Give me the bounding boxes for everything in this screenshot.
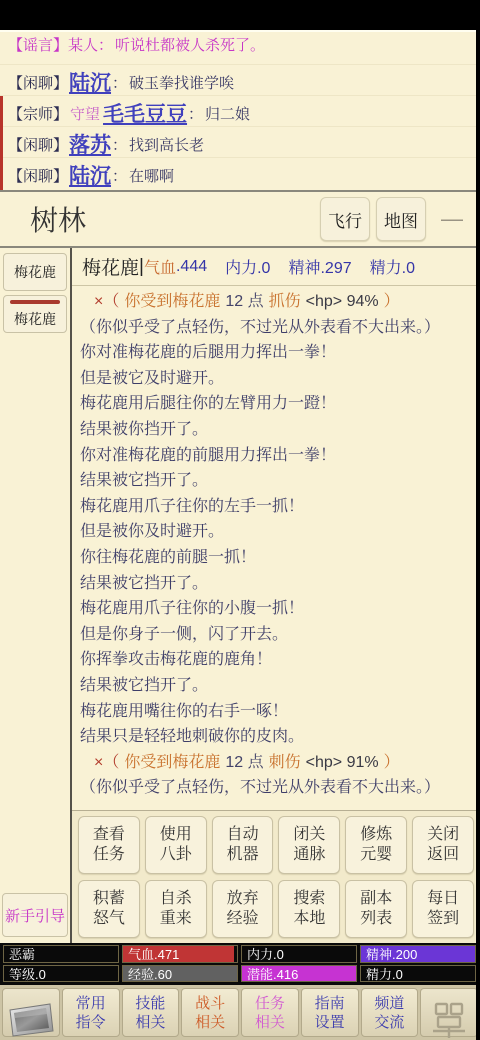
action-grid: 查看 任务 使用 八卦 自动 机器 闭关 通脉 修炼 元婴 关闭 返回 积蓄 怒…: [72, 810, 480, 943]
abandon-exp-button[interactable]: 放弃 经验: [212, 880, 274, 938]
system-status-bar: [0, 0, 480, 32]
game-screen: 【谣言】 某人 ： 听说杜都被人杀死了。 【闲聊】 陆沉 ： 破玉拳找谁学唉 【…: [0, 0, 480, 1040]
player-status-panel: 恶霸 气血.471 内力.0 精神.200 等级.0 经验.60 潜能.416 …: [0, 943, 480, 985]
target-button-1[interactable]: 梅花鹿: [3, 253, 67, 291]
speaker-name-link[interactable]: 陆沉: [69, 160, 111, 189]
nav-tasks[interactable]: 任务 相关: [241, 988, 299, 1037]
log-line: 结果被它挡开了。: [80, 468, 476, 494]
log-line: 梅花鹿用爪子往你的左手一抓！: [80, 494, 476, 520]
damage-received-line: ×（你受到梅花鹿12 点抓伤<hp> 94%）: [80, 289, 476, 315]
mob-name: 梅花鹿: [82, 253, 139, 280]
exp-value: 经验.60: [123, 965, 172, 983]
speaker-name-link[interactable]: 毛毛豆豆: [103, 98, 187, 127]
mob-hp-value: .444: [176, 258, 207, 276]
target-sidebar: 梅花鹿 梅花鹿 新手引导: [0, 248, 72, 943]
chat-text: 找到高长老: [129, 134, 204, 155]
mob-hp-label: 气血: [144, 255, 176, 278]
cultivate-yuanying-button[interactable]: 修炼 元婴: [345, 816, 407, 874]
chat-message: 【闲聊】 陆沉 ： 在哪啊: [0, 158, 480, 189]
combat-content: 梅花鹿|气血.444 内力.0 精神.297 精力.0 ×（你受到梅花鹿12 点…: [72, 248, 480, 943]
separator: ：: [112, 165, 127, 186]
chat-text: 在哪啊: [129, 165, 174, 186]
spirit-bar-cell: 精神.200: [360, 945, 476, 963]
damage-points: 12 点: [225, 293, 263, 310]
damage-source: 你受到梅花鹿: [124, 754, 220, 771]
log-line: 梅花鹿用后腿往你的左臂用力一蹬！: [80, 391, 476, 417]
log-line: 结果被它挡开了。: [80, 571, 476, 597]
damage-mark: ×（: [94, 293, 119, 310]
newbie-guide-button[interactable]: 新手引导: [2, 893, 68, 937]
log-line: 你挥拳攻击梅花鹿的鹿角！: [80, 647, 476, 673]
separator: ：: [188, 103, 203, 124]
damage-kind: 刺伤: [269, 754, 301, 771]
channel-tag: 【闲聊】: [8, 134, 68, 155]
damage-points: 12 点: [225, 754, 263, 771]
seal-button[interactable]: [420, 988, 478, 1037]
auto-machine-button[interactable]: 自动 机器: [212, 816, 274, 874]
log-line: 你对准梅花鹿的后腿用力挥出一拳！: [80, 340, 476, 366]
log-line: 但是被你及时避开。: [80, 519, 476, 545]
close-return-button[interactable]: 关闭 返回: [412, 816, 474, 874]
spirit-value: 精神.200: [361, 945, 417, 963]
seal-icon: [429, 981, 469, 1040]
fly-button[interactable]: 飞行: [320, 197, 370, 241]
damage-hp-percent: <hp> 91%: [306, 754, 379, 771]
daily-signin-button[interactable]: 每日 签到: [412, 880, 474, 938]
damage-mark: ×（: [94, 754, 119, 771]
chat-text: 归二娘: [205, 103, 250, 124]
target-label: 梅花鹿: [14, 262, 56, 282]
separator: ：: [112, 72, 127, 93]
store-rage-button[interactable]: 积蓄 怒气: [78, 880, 140, 938]
channel-tag: 【闲聊】: [8, 165, 68, 186]
search-local-button[interactable]: 搜索 本地: [278, 880, 340, 938]
speaker-title: 守望: [70, 103, 100, 124]
energy-cell: 精力.0: [360, 965, 476, 983]
combat-log[interactable]: ×（你受到梅花鹿12 点抓伤<hp> 94%） （你似乎受了点轻伤，不过光从外表…: [72, 286, 480, 810]
sidebar-spacer: [2, 335, 68, 893]
chat-scroll-indicator: [0, 96, 3, 190]
chat-message-rumor: 【谣言】 某人 ： 听说杜都被人杀死了。: [0, 34, 480, 65]
damage-hp-percent: <hp> 94%: [306, 293, 379, 310]
chat-message: 【闲聊】 落苏 ： 找到高长老: [0, 127, 480, 158]
minimize-button[interactable]: —: [432, 206, 472, 232]
chat-panel[interactable]: 【谣言】 某人 ： 听说杜都被人杀死了。 【闲聊】 陆沉 ： 破玉拳找谁学唉 【…: [0, 32, 480, 190]
channel-tag: 【宗师】: [8, 103, 68, 124]
use-bagua-button[interactable]: 使用 八卦: [145, 816, 207, 874]
map-button[interactable]: 地图: [376, 197, 426, 241]
room-title: 树林: [30, 199, 86, 239]
hp-value: 气血.471: [123, 945, 179, 963]
wound-note-line: （你似乎受了点轻伤，不过光从外表看不大出来。）: [80, 315, 476, 341]
target-hp-bar: [10, 300, 60, 304]
target-button-2[interactable]: 梅花鹿: [3, 295, 67, 333]
wound-note-line: （你似乎受了点轻伤，不过光从外表看不大出来。）: [80, 775, 476, 801]
energy-value: 精力.0: [361, 965, 403, 983]
mp-bar-cell: 内力.0: [241, 945, 357, 963]
channel-tag: 【闲聊】: [8, 72, 68, 93]
separator: ：: [112, 134, 127, 155]
log-line: 结果被你挡开了。: [80, 417, 476, 443]
chat-message: 【宗师】 守望 毛毛豆豆 ： 归二娘: [0, 96, 480, 127]
log-line: 结果被它挡开了。: [80, 673, 476, 699]
dungeon-list-button[interactable]: 副本 列表: [345, 880, 407, 938]
nav-common-commands[interactable]: 常用 指令: [62, 988, 120, 1037]
suicide-restart-button[interactable]: 自杀 重来: [145, 880, 207, 938]
log-line: 你往梅花鹿的前腿一抓！: [80, 545, 476, 571]
damage-close: ）: [384, 293, 400, 310]
log-line: 梅花鹿用爪子往你的小腹一抓！: [80, 596, 476, 622]
chat-text: 破玉拳找谁学唉: [129, 72, 234, 93]
player-title-cell: 恶霸: [3, 945, 119, 963]
screen-right-border: [476, 0, 480, 1040]
speaker-name-link[interactable]: 落苏: [69, 129, 111, 158]
player-title: 恶霸: [4, 945, 35, 963]
level-cell: 等级.0: [3, 965, 119, 983]
log-line: 但是你身子一侧，闪了开去。: [80, 622, 476, 648]
exp-bar-cell: 经验.60: [122, 965, 238, 983]
damage-kind: 抓伤: [269, 293, 301, 310]
nav-channel-chat[interactable]: 频道 交流: [361, 988, 419, 1037]
log-line: 结果只是轻轻地刺破你的皮肉。: [80, 724, 476, 750]
level-value: 等级.0: [4, 965, 46, 983]
input-panel-icon: [7, 983, 55, 1040]
bottom-nav: 常用 指令 技能 相关 战斗 相关 任务 相关 指南 设置 频道 交流: [0, 985, 480, 1040]
damage-close: ）: [384, 754, 400, 771]
damage-received-line: ×（你受到梅花鹿12 点刺伤<hp> 91%）: [80, 750, 476, 776]
nav-combat[interactable]: 战斗 相关: [181, 988, 239, 1037]
room-header: 树林 飞行 地图 —: [0, 190, 480, 248]
mob-spirit: 精神.297: [288, 255, 351, 278]
mob-energy: 精力.0: [370, 255, 415, 278]
potential-bar-cell: 潜能.416: [241, 965, 357, 983]
nav-skills[interactable]: 技能 相关: [122, 988, 180, 1037]
input-panel-button[interactable]: [2, 988, 60, 1037]
damage-source: 你受到梅花鹿: [124, 293, 220, 310]
mob-mp: 内力.0: [225, 255, 270, 278]
view-tasks-button[interactable]: 查看 任务: [78, 816, 140, 874]
mob-status-line: 梅花鹿|气血.444 内力.0 精神.297 精力.0: [72, 248, 480, 286]
speaker-name-link[interactable]: 陆沉: [69, 67, 111, 96]
nav-guide-settings[interactable]: 指南 设置: [301, 988, 359, 1037]
chat-text: 听说杜都被人杀死了。: [115, 34, 265, 55]
chat-message: 【闲聊】 陆沉 ： 破玉拳找谁学唉: [0, 65, 480, 96]
log-line: 但是被它及时避开。: [80, 366, 476, 392]
channel-tag: 【谣言】: [8, 34, 68, 55]
mp-value: 内力.0: [242, 945, 284, 963]
log-line: 梅花鹿用嘴往你的右手一啄！: [80, 699, 476, 725]
log-line: 你对准梅花鹿的前腿用力挥出一拳！: [80, 443, 476, 469]
hp-bar-cell: 气血.471: [122, 945, 238, 963]
potential-value: 潜能.416: [242, 965, 298, 983]
target-label: 梅花鹿: [14, 309, 56, 329]
separator: ：: [98, 34, 113, 55]
seclusion-meridian-button[interactable]: 闭关 通脉: [278, 816, 340, 874]
main-area: 梅花鹿 梅花鹿 新手引导 梅花鹿|气血.444 内力.0 精神.297 精力.0…: [0, 248, 480, 943]
speaker-name: 某人: [68, 34, 98, 55]
